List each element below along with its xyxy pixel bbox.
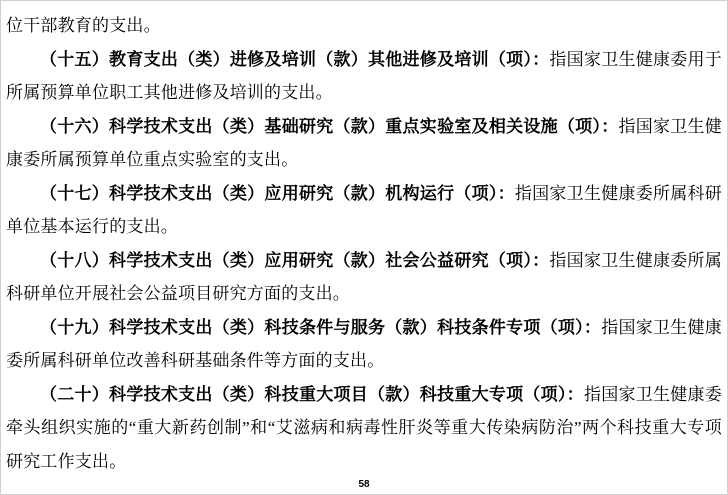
paragraph-16: （十六）科学技术支出（类）基础研究（款）重点实验室及相关设施（项）：指国家卫生健…: [6, 110, 722, 177]
paragraph-20-heading: （二十）科学技术支出（类）科技重大项目（款）科技重大专项（项）：: [40, 385, 584, 404]
paragraph-17: （十七）科学技术支出（类）应用研究（款）机构运行（项）：指国家卫生健康委所属科研…: [6, 177, 722, 244]
paragraph-18-heading: （十八）科学技术支出（类）应用研究（款）社会公益研究（项）：: [40, 251, 549, 270]
paragraph-20: （二十）科学技术支出（类）科技重大项目（款）科技重大专项（项）：指国家卫生健康委…: [6, 378, 722, 479]
document-text: 位干部教育的支出。 （十五）教育支出（类）进修及培训（款）其他进修及培训（项）：…: [1, 1, 727, 478]
document-page: 位干部教育的支出。 （十五）教育支出（类）进修及培训（款）其他进修及培训（项）：…: [0, 0, 728, 495]
paragraph-18: （十八）科学技术支出（类）应用研究（款）社会公益研究（项）：指国家卫生健康委所属…: [6, 244, 722, 311]
paragraph-15: （十五）教育支出（类）进修及培训（款）其他进修及培训（项）：指国家卫生健康委用于…: [6, 43, 722, 110]
continuation-line: 位干部教育的支出。: [6, 9, 722, 43]
paragraph-19-heading: （十九）科学技术支出（类）科技条件与服务（款）科技条件专项（项）：: [40, 318, 601, 337]
paragraph-17-heading: （十七）科学技术支出（类）应用研究（款）机构运行（项）：: [40, 184, 515, 203]
page-number: 58: [1, 479, 727, 490]
paragraph-16-heading: （十六）科学技术支出（类）基础研究（款）重点实验室及相关设施（项）：: [40, 117, 618, 136]
paragraph-15-heading: （十五）教育支出（类）进修及培训（款）其他进修及培训（项）：: [40, 50, 549, 69]
paragraph-19: （十九）科学技术支出（类）科技条件与服务（款）科技条件专项（项）：指国家卫生健康…: [6, 311, 722, 378]
